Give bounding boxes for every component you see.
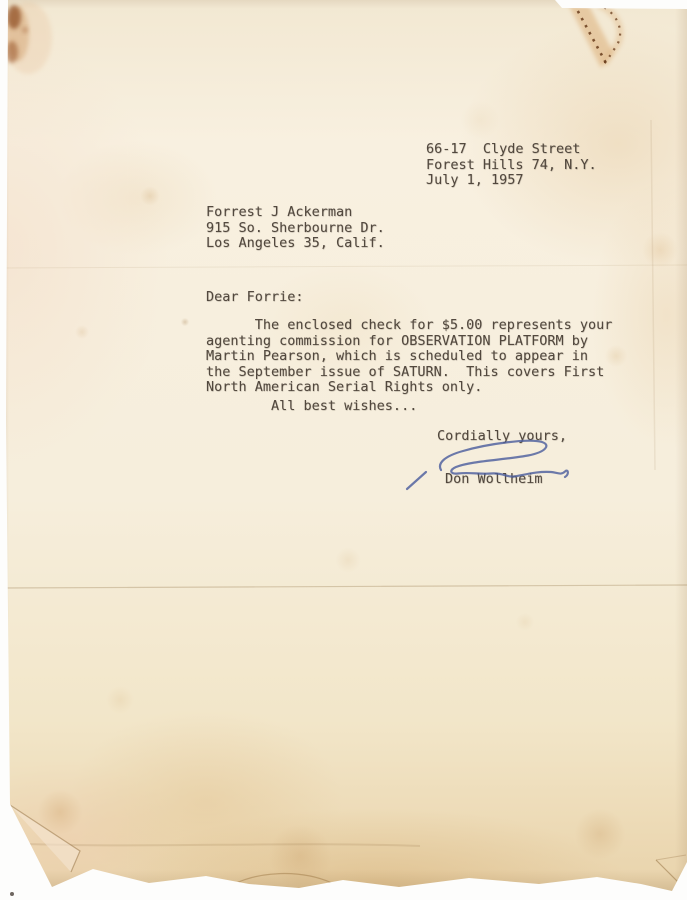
paper-edge-shading: [0, 0, 687, 900]
dogear-fold-bottom-left: [10, 805, 80, 872]
signature-flourish: [407, 472, 426, 489]
crease-right-vertical: [651, 120, 655, 470]
fold-crease-upper: [0, 265, 687, 268]
letter-paper: 66-17 Clyde Street Forest Hills 74, N.Y.…: [0, 0, 687, 900]
tape-stain-top-left: [4, 2, 52, 74]
dust-speck: [10, 892, 14, 896]
wishes-line: All best wishes...: [206, 399, 417, 415]
fold-crease-middle: [0, 585, 687, 588]
closing-line: Cordially yours,: [437, 429, 567, 445]
tape-stain-top-right: [566, 0, 620, 68]
age-spots: [0, 0, 687, 900]
scanned-letter: 66-17 Clyde Street Forest Hills 74, N.Y.…: [0, 0, 687, 900]
signature-name: Don Wollheim: [445, 472, 543, 488]
letter-body: The enclosed check for $5.00 represents …: [206, 318, 612, 396]
dogear-fold-bottom-right-edge: [656, 855, 686, 860]
paper-marks: [0, 0, 687, 900]
sender-address: 66-17 Clyde Street Forest Hills 74, N.Y.…: [426, 142, 597, 189]
dogear-fold-bottom-right: [656, 860, 687, 891]
crease-bottom-bump: [230, 874, 332, 886]
crease-bottom-band: [0, 843, 420, 846]
recipient-address: Forrest J Ackerman 915 So. Sherbourne Dr…: [206, 205, 385, 252]
salutation: Dear Forrie:: [206, 290, 304, 306]
